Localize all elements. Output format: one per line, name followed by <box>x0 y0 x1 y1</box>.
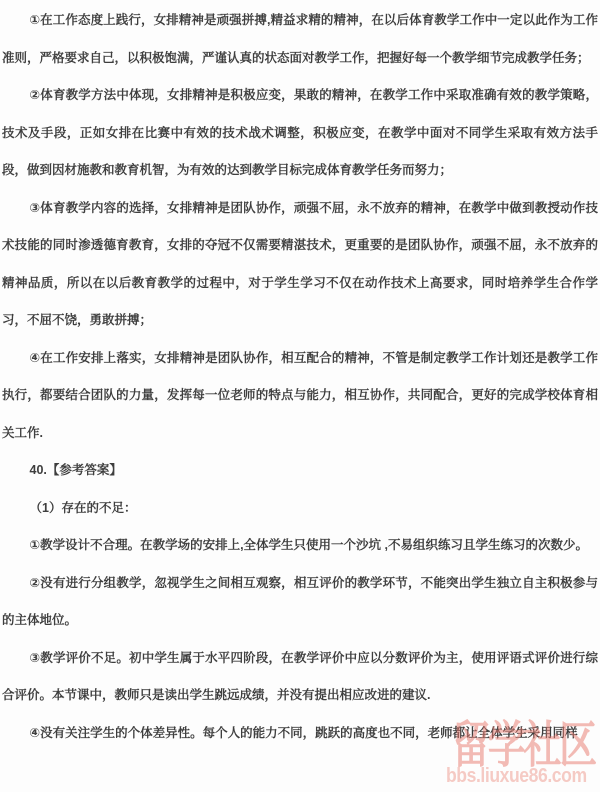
paragraph-volleyball-spirit-3: ③体育教学内容的选择，女排精神是团队协作，顽强不屈，永不放弃的精神，在教学中做到… <box>2 190 598 340</box>
document-page: ①在工作态度上践行，女排精神是顽强拼搏,精益求精的精神，在以后体育教学工作中一定… <box>0 0 600 792</box>
paragraph-volleyball-spirit-4: ④在工作安排上落实，女排精神是团队协作，相互配合的精神，不管是制定教学工作计划还… <box>2 340 598 453</box>
section-1-heading: （1）存在的不足： <box>2 490 598 528</box>
paragraph-deficiency-4: ④没有关注学生的个体差异性。每个人的能力不同，跳跃的高度也不同，老师都让全体学生… <box>2 715 598 753</box>
paragraph-deficiency-3: ③教学评价不足。初中学生属于水平四阶段，在教学评价中应以分数评价为主，使用评语式… <box>2 640 598 715</box>
paragraph-deficiency-2: ②没有进行分组教学，忽视学生之间相互观察，相互评价的教学环节，不能突出学生独立自… <box>2 565 598 640</box>
paragraph-deficiency-1: ①教学设计不合理。在教学场的安排上,全体学生只使用一个沙坑 ,不易组织练习且学生… <box>2 527 598 565</box>
paragraph-volleyball-spirit-1: ①在工作态度上践行，女排精神是顽强拼搏,精益求精的精神，在以后体育教学工作中一定… <box>2 2 598 77</box>
question-40-heading: 40.【参考答案】 <box>2 452 598 490</box>
paragraph-volleyball-spirit-2: ②体育教学方法中体现，女排精神是积极应变，果敢的精神，在教学工作中采取准确有效的… <box>2 77 598 190</box>
